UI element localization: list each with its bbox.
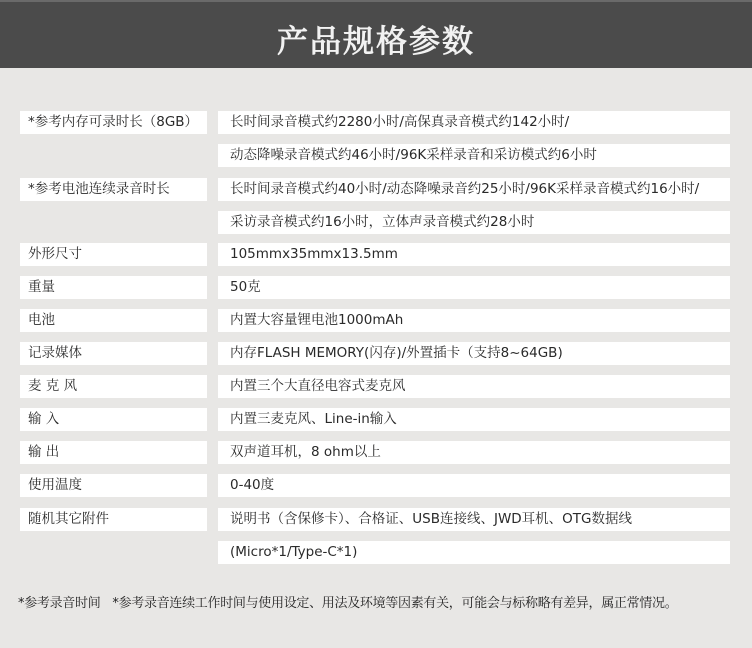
spec-label: 重量 <box>20 276 207 299</box>
spec-value: 105mmx35mmx13.5mm <box>218 243 730 266</box>
spec-label: *参考内存可录时长（8GB） <box>20 111 207 134</box>
spec-value: 双声道耳机，8 ohm以上 <box>218 441 730 464</box>
footnote-text: *参考录音连续工作时间与使用设定、用法及环境等因素有关，可能会与标称略有差异，属… <box>112 596 677 611</box>
spec-value: 长时间录音模式约40小时/动态降噪录音约25小时/96K采样录音模式约16小时/ <box>218 178 730 201</box>
spec-value: 50克 <box>218 276 730 299</box>
spec-label: 记录媒体 <box>20 342 207 365</box>
page-header: 产品规格参数 <box>0 0 752 68</box>
spec-value: (Micro*1/Type-C*1) <box>218 541 730 564</box>
spec-label: 随机其它附件 <box>20 508 207 531</box>
spec-value: 采访录音模式约16小时，立体声录音模式约28小时 <box>218 211 730 234</box>
spec-value: 内置大容量锂电池1000mAh <box>218 309 730 332</box>
spec-value: 长时间录音模式约2280小时/高保真录音模式约142小时/ <box>218 111 730 134</box>
spec-label: 电池 <box>20 309 207 332</box>
spec-value: 动态降噪录音模式约46小时/96K采样录音和采访模式约6小时 <box>218 144 730 167</box>
spec-label: 外形尺寸 <box>20 243 207 266</box>
spec-value: 内置三个大直径电容式麦克风 <box>218 375 730 398</box>
spec-label: 麦 克 风 <box>20 375 207 398</box>
spec-label: 输 出 <box>20 441 207 464</box>
spec-value: 内置三麦克风、Line-in输入 <box>218 408 730 431</box>
spec-value: 内存FLASH MEMORY(闪存)/外置插卡（支持8~64GB) <box>218 342 730 365</box>
page-title: 产品规格参数 <box>0 16 752 61</box>
spec-value: 说明书（含保修卡）、合格证、USB连接线、JWD耳机、OTG数据线 <box>218 508 730 531</box>
spec-label: *参考电池连续录音时长 <box>20 178 207 201</box>
footnote-title: *参考录音时间 <box>18 596 100 611</box>
spec-label: 输 入 <box>20 408 207 431</box>
footnote: *参考录音时间*参考录音连续工作时间与使用设定、用法及环境等因素有关，可能会与标… <box>18 592 677 611</box>
spec-label: 使用温度 <box>20 474 207 497</box>
spec-value: 0-40度 <box>218 474 730 497</box>
